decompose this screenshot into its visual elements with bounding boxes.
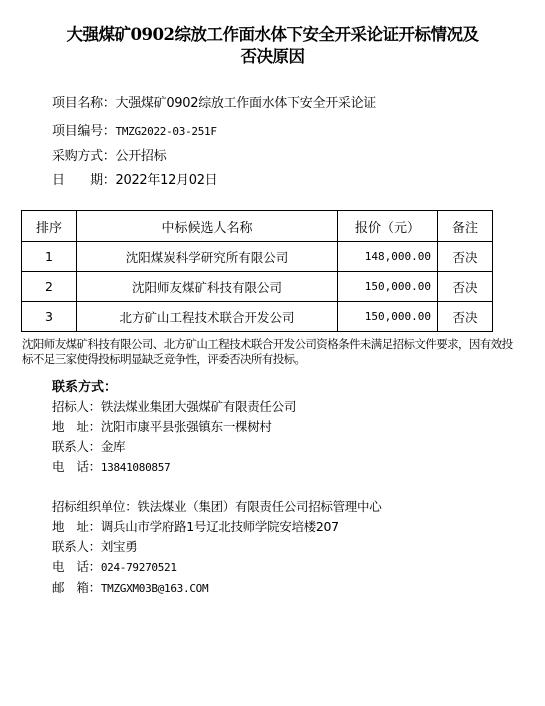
value: 公开招标: [116, 149, 167, 164]
price: 150,000.00: [338, 272, 438, 302]
project-name-row: 项目名称：大强煤矿0902综放工作面水体下安全开采论证: [52, 96, 376, 112]
tenderer-contact-row: 联系人：金库: [52, 439, 125, 455]
label: 联系人：: [52, 539, 101, 554]
header-remark: 备注: [438, 211, 493, 242]
label: 地 址：: [52, 519, 101, 534]
value: 024-79270521: [101, 561, 177, 574]
price: 150,000.00: [338, 302, 438, 332]
agency-contact-row: 联系人：刘宝勇: [52, 539, 137, 555]
label: 联系人：: [52, 439, 101, 454]
remark: 否决: [438, 302, 493, 332]
agency-email-row: 邮 箱：TMZGXM03B@163.COM: [52, 580, 208, 597]
value: 金库: [101, 439, 125, 454]
tenderer-phone-row: 电 话：13841080857: [52, 459, 170, 476]
value: 大强煤矿0902综放工作面水体下安全开采论证: [116, 96, 377, 111]
label: 电 话：: [52, 559, 101, 574]
header-price: 报价（元）: [338, 211, 438, 242]
price: 148,000.00: [338, 242, 438, 272]
bidder-name: 北方矿山工程技术联合开发公司: [77, 302, 338, 332]
rank: 1: [22, 242, 77, 272]
date-row: 日 期：2022年12月02日: [52, 173, 217, 189]
table-row: 2 沈阳师友煤矿科技有限公司 150,000.00 否决: [22, 272, 493, 302]
value: 铁法煤业集团大强煤矿有限责任公司: [101, 399, 296, 414]
agency-phone-row: 电 话：024-79270521: [52, 559, 177, 576]
rank: 2: [22, 272, 77, 302]
label: 招标人：: [52, 399, 101, 414]
value: TMZG2022-03-251F: [116, 125, 217, 138]
header-name: 中标候选人名称: [77, 211, 338, 242]
header-rank: 排序: [22, 211, 77, 242]
value: 13841080857: [101, 461, 171, 474]
agency-address-row: 地 址：调兵山市学府路1号辽北技师学院安培楼207: [52, 519, 339, 535]
value: 刘宝勇: [101, 539, 138, 554]
remark: 否决: [438, 242, 493, 272]
label: 招标组织单位：: [52, 499, 137, 514]
label: 地 址：: [52, 419, 101, 434]
title-line-2: 否决原因: [0, 46, 545, 68]
bidder-name: 沈阳师友煤矿科技有限公司: [77, 272, 338, 302]
label: 项目编号：: [52, 124, 116, 139]
value: 沈阳市康平县张强镇东一棵树村: [101, 419, 272, 434]
bidder-name: 沈阳煤炭科学研究所有限公司: [77, 242, 338, 272]
label: 邮 箱：: [52, 580, 101, 595]
table-row: 1 沈阳煤炭科学研究所有限公司 148,000.00 否决: [22, 242, 493, 272]
document-title: 大强煤矿0902综放工作面水体下安全开采论证开标情况及 否决原因: [0, 24, 545, 68]
label: 日 期：: [52, 173, 116, 188]
project-code-row: 项目编号：TMZG2022-03-251F: [52, 124, 217, 140]
rank: 3: [22, 302, 77, 332]
remark: 否决: [438, 272, 493, 302]
value: 铁法煤业（集团）有限责任公司招标管理中心: [137, 499, 381, 514]
title-line-1: 大强煤矿0902综放工作面水体下安全开采论证开标情况及: [0, 24, 545, 46]
value: 调兵山市学府路1号辽北技师学院安培楼207: [101, 519, 339, 534]
contact-heading: 联系方式：: [52, 376, 117, 395]
rejection-reason: 沈阳师友煤矿科技有限公司、北方矿山工程技术联合开发公司资格条件未满足招标文件要求…: [22, 337, 522, 367]
agency-row: 招标组织单位：铁法煤业（集团）有限责任公司招标管理中心: [52, 499, 381, 515]
tenderer-address-row: 地 址：沈阳市康平县张强镇东一棵树村: [52, 419, 272, 435]
value: 2022年12月02日: [116, 173, 218, 188]
label: 采购方式：: [52, 149, 116, 164]
value: TMZGXM03B@163.COM: [101, 582, 208, 595]
procurement-method-row: 采购方式：公开招标: [52, 149, 166, 165]
tenderer-row: 招标人：铁法煤业集团大强煤矿有限责任公司: [52, 399, 296, 415]
bid-table: 排序 中标候选人名称 报价（元） 备注 1 沈阳煤炭科学研究所有限公司 148,…: [21, 210, 493, 332]
label: 电 话：: [52, 459, 101, 474]
table-header-row: 排序 中标候选人名称 报价（元） 备注: [22, 211, 493, 242]
label: 项目名称：: [52, 96, 116, 111]
table-row: 3 北方矿山工程技术联合开发公司 150,000.00 否决: [22, 302, 493, 332]
